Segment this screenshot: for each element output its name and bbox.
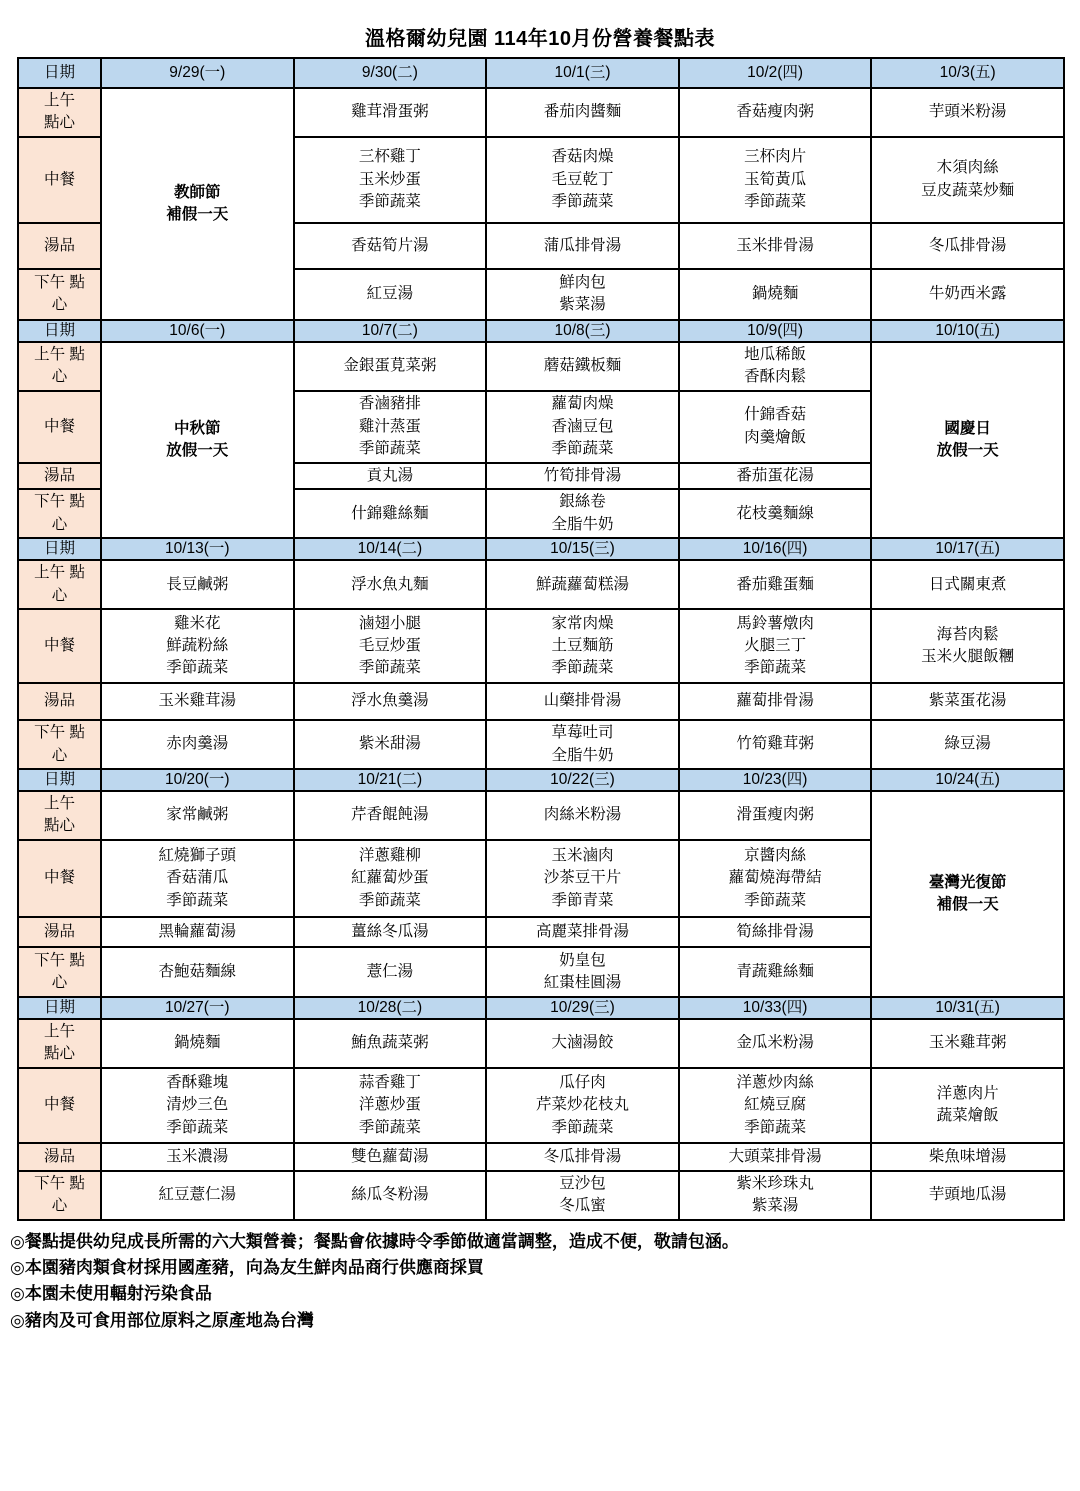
note-line: ◎本園未使用輻射污染食品 [10,1281,1080,1307]
menu-cell: 草莓吐司 全脂牛奶 [486,720,679,769]
row-label-soup: 湯品 [18,683,101,720]
menu-cell: 什錦雞絲麵 [294,489,487,538]
footer-notes: ◎餐點提供幼兒成長所需的六大類營養；餐點會依據時令季節做適當調整，造成不便，敬請… [10,1229,1080,1334]
week-3-row-lunch: 中餐雞米花 鮮蔬粉絲 季節蔬菜滷翅小腿 毛豆炒蛋 季節蔬菜家常肉燥 土豆麵筋 季… [18,609,1064,683]
week-2-date-row: 日期10/6(一)10/7(二)10/8(三)10/9(四)10/10(五) [18,320,1064,342]
menu-table-body: 日期9/29(一)9/30(二)10/1(三)10/2(四)10/3(五)上午 … [18,58,1064,1220]
menu-cell: 銀絲卷 全脂牛奶 [486,489,679,538]
row-label-pm: 下午 點 心 [18,1171,101,1220]
row-label-pm: 下午 點 心 [18,947,101,997]
holiday-cell: 教師節 補假一天 [101,88,294,320]
holiday-cell: 臺灣光復節 補假一天 [871,791,1064,997]
week-4-date-row: 日期10/20(一)10/21(二)10/22(三)10/23(四)10/24(… [18,769,1064,791]
menu-cell: 紫米珍珠丸 紫菜湯 [679,1171,872,1220]
week-5-date-row: 日期10/27(一)10/28(二)10/29(三)10/33(四)10/31(… [18,997,1064,1019]
menu-cell: 地瓜稀飯 香酥肉鬆 [679,342,872,391]
date-header-label: 日期 [18,997,101,1019]
menu-cell: 香酥雞塊 清炒三色 季節蔬菜 [101,1068,294,1143]
menu-cell: 玉米雞茸粥 [871,1019,1064,1068]
menu-cell: 番茄蛋花湯 [679,463,872,489]
row-label-am: 上午 點 心 [18,342,101,391]
menu-cell: 金銀蛋莧菜粥 [294,342,487,391]
menu-cell: 蒜香雞丁 洋蔥炒蛋 季節蔬菜 [294,1068,487,1143]
menu-cell: 香菇筍片湯 [294,223,487,269]
menu-cell: 洋蔥炒肉絲 紅燒豆腐 季節蔬菜 [679,1068,872,1143]
week-5-row-soup: 湯品玉米濃湯雙色蘿蔔湯冬瓜排骨湯大頭菜排骨湯柴魚味增湯 [18,1143,1064,1171]
menu-cell: 香菇肉燥 毛豆乾丁 季節蔬菜 [486,137,679,223]
row-label-lunch: 中餐 [18,1068,101,1143]
menu-cell: 奶皇包 紅棗桂圓湯 [486,947,679,997]
menu-cell: 紅燒獅子頭 香菇蒲瓜 季節蔬菜 [101,840,294,917]
menu-cell: 木須肉絲 豆皮蔬菜炒麵 [871,137,1064,223]
menu-cell: 芋頭地瓜湯 [871,1171,1064,1220]
menu-cell: 綠豆湯 [871,720,1064,769]
menu-cell: 洋蔥雞柳 紅蘿蔔炒蛋 季節蔬菜 [294,840,487,917]
menu-cell: 竹筍雞茸粥 [679,720,872,769]
week-5-row-lunch: 中餐香酥雞塊 清炒三色 季節蔬菜蒜香雞丁 洋蔥炒蛋 季節蔬菜瓜仔肉 芹菜炒花枝丸… [18,1068,1064,1143]
menu-cell: 雞茸滑蛋粥 [294,88,487,137]
week-3-row-soup: 湯品玉米雞茸湯浮水魚羹湯山藥排骨湯蘿蔔排骨湯紫菜蛋花湯 [18,683,1064,720]
menu-cell: 蘑菇鐵板麵 [486,342,679,391]
menu-cell: 洋蔥肉片 蔬菜燴飯 [871,1068,1064,1143]
date-cell: 10/9(四) [679,320,872,342]
menu-cell: 冬瓜排骨湯 [486,1143,679,1171]
menu-cell: 滑蛋瘦肉粥 [679,791,872,840]
week-3-date-row: 日期10/13(一)10/14(二)10/15(三)10/16(四)10/17(… [18,538,1064,560]
date-cell: 10/3(五) [871,58,1064,88]
menu-cell: 三杯肉片 玉筍黃瓜 季節蔬菜 [679,137,872,223]
menu-cell: 芋頭米粉湯 [871,88,1064,137]
row-label-pm: 下午 點 心 [18,489,101,538]
note-line: ◎餐點提供幼兒成長所需的六大類營養；餐點會依據時令季節做適當調整，造成不便，敬請… [10,1229,1080,1255]
row-label-lunch: 中餐 [18,840,101,917]
menu-cell: 日式關東煮 [871,560,1064,609]
menu-cell: 筍絲排骨湯 [679,917,872,947]
date-cell: 10/7(二) [294,320,487,342]
date-cell: 10/17(五) [871,538,1064,560]
menu-cell: 山藥排骨湯 [486,683,679,720]
date-cell: 10/29(三) [486,997,679,1019]
menu-cell: 浮水魚羹湯 [294,683,487,720]
menu-cell: 黑輪蘿蔔湯 [101,917,294,947]
menu-cell: 鮮蔬蘿蔔糕湯 [486,560,679,609]
row-label-am: 上午 點心 [18,791,101,840]
row-label-pm: 下午 點 心 [18,720,101,769]
date-cell: 10/15(三) [486,538,679,560]
date-cell: 10/31(五) [871,997,1064,1019]
menu-cell: 豆沙包 冬瓜蜜 [486,1171,679,1220]
week-1-row-am: 上午 點心教師節 補假一天雞茸滑蛋粥番茄肉醬麵香菇瘦肉粥芋頭米粉湯 [18,88,1064,137]
menu-cell: 番茄肉醬麵 [486,88,679,137]
date-cell: 10/2(四) [679,58,872,88]
menu-cell: 紅豆薏仁湯 [101,1171,294,1220]
menu-cell: 鍋燒麵 [679,269,872,320]
menu-cell: 柴魚味增湯 [871,1143,1064,1171]
row-label-am: 上午 點心 [18,1019,101,1068]
row-label-soup: 湯品 [18,463,101,489]
menu-cell: 瓜仔肉 芹菜炒花枝丸 季節蔬菜 [486,1068,679,1143]
menu-cell: 紫米甜湯 [294,720,487,769]
row-label-pm: 下午 點 心 [18,269,101,320]
menu-cell: 什錦香菇 肉羹燴飯 [679,391,872,463]
holiday-cell: 中秋節 放假一天 [101,342,294,538]
menu-cell: 竹筍排骨湯 [486,463,679,489]
date-cell: 10/13(一) [101,538,294,560]
date-cell: 10/33(四) [679,997,872,1019]
menu-cell: 花枝羹麵線 [679,489,872,538]
menu-cell: 蘿蔔肉燥 香滷豆包 季節蔬菜 [486,391,679,463]
date-cell: 10/14(二) [294,538,487,560]
menu-cell: 香菇瘦肉粥 [679,88,872,137]
date-cell: 10/21(二) [294,769,487,791]
week-1-date-row: 日期9/29(一)9/30(二)10/1(三)10/2(四)10/3(五) [18,58,1064,88]
date-cell: 9/30(二) [294,58,487,88]
date-cell: 10/6(一) [101,320,294,342]
row-label-soup: 湯品 [18,917,101,947]
date-cell: 10/1(三) [486,58,679,88]
menu-cell: 紫菜蛋花湯 [871,683,1064,720]
row-label-lunch: 中餐 [18,137,101,223]
menu-cell: 雞米花 鮮蔬粉絲 季節蔬菜 [101,609,294,683]
menu-cell: 鮮肉包 紫菜湯 [486,269,679,320]
menu-cell: 家常鹹粥 [101,791,294,840]
menu-cell: 冬瓜排骨湯 [871,223,1064,269]
row-label-lunch: 中餐 [18,391,101,463]
menu-cell: 玉米濃湯 [101,1143,294,1171]
row-label-am: 上午 點心 [18,88,101,137]
menu-cell: 牛奶西米露 [871,269,1064,320]
date-header-label: 日期 [18,320,101,342]
menu-cell: 赤肉羹湯 [101,720,294,769]
week-5-row-am: 上午 點心鍋燒麵鮪魚蔬菜粥大滷湯餃金瓜米粉湯玉米雞茸粥 [18,1019,1064,1068]
menu-cell: 大頭菜排骨湯 [679,1143,872,1171]
menu-cell: 鍋燒麵 [101,1019,294,1068]
menu-cell: 馬鈴薯燉肉 火腿三丁 季節蔬菜 [679,609,872,683]
date-cell: 10/27(一) [101,997,294,1019]
menu-cell: 高麗菜排骨湯 [486,917,679,947]
menu-cell: 薑絲冬瓜湯 [294,917,487,947]
menu-cell: 大滷湯餃 [486,1019,679,1068]
menu-cell: 玉米雞茸湯 [101,683,294,720]
week-3-row-pm: 下午 點 心赤肉羹湯紫米甜湯草莓吐司 全脂牛奶竹筍雞茸粥綠豆湯 [18,720,1064,769]
menu-table: 日期9/29(一)9/30(二)10/1(三)10/2(四)10/3(五)上午 … [17,57,1065,1221]
date-header-label: 日期 [18,769,101,791]
menu-cell: 番茄雞蛋麵 [679,560,872,609]
menu-cell: 玉米滷肉 沙茶豆干片 季節青菜 [486,840,679,917]
menu-cell: 家常肉燥 土豆麵筋 季節蔬菜 [486,609,679,683]
date-header-label: 日期 [18,58,101,88]
menu-cell: 三杯雞丁 玉米炒蛋 季節蔬菜 [294,137,487,223]
menu-cell: 鮪魚蔬菜粥 [294,1019,487,1068]
menu-cell: 薏仁湯 [294,947,487,997]
date-cell: 10/16(四) [679,538,872,560]
date-cell: 10/23(四) [679,769,872,791]
date-cell: 10/28(二) [294,997,487,1019]
menu-cell: 杏鮑菇麵線 [101,947,294,997]
menu-cell: 金瓜米粉湯 [679,1019,872,1068]
week-3-row-am: 上午 點 心長豆鹹粥浮水魚丸麵鮮蔬蘿蔔糕湯番茄雞蛋麵日式關東煮 [18,560,1064,609]
week-2-row-am: 上午 點 心中秋節 放假一天金銀蛋莧菜粥蘑菇鐵板麵地瓜稀飯 香酥肉鬆國慶日 放假… [18,342,1064,391]
menu-cell: 海苔肉鬆 玉米火腿飯糰 [871,609,1064,683]
menu-cell: 芹香餛飩湯 [294,791,487,840]
menu-cell: 貢丸湯 [294,463,487,489]
date-cell: 10/24(五) [871,769,1064,791]
menu-cell: 青蔬雞絲麵 [679,947,872,997]
note-line: ◎本園豬肉類食材採用國產豬，向為友生鮮肉品商行供應商採買 [10,1255,1080,1281]
menu-cell: 玉米排骨湯 [679,223,872,269]
date-cell: 10/8(三) [486,320,679,342]
week-5-row-pm: 下午 點 心紅豆薏仁湯絲瓜冬粉湯豆沙包 冬瓜蜜紫米珍珠丸 紫菜湯芋頭地瓜湯 [18,1171,1064,1220]
menu-cell: 紅豆湯 [294,269,487,320]
date-cell: 9/29(一) [101,58,294,88]
menu-cell: 香滷豬排 雞汁蒸蛋 季節蔬菜 [294,391,487,463]
menu-cell: 長豆鹹粥 [101,560,294,609]
date-cell: 10/20(一) [101,769,294,791]
note-line: ◎豬肉及可食用部位原料之原產地為台灣 [10,1308,1080,1334]
menu-cell: 雙色蘿蔔湯 [294,1143,487,1171]
date-cell: 10/22(三) [486,769,679,791]
menu-cell: 京醬肉絲 蘿蔔燒海帶結 季節蔬菜 [679,840,872,917]
menu-cell: 蒲瓜排骨湯 [486,223,679,269]
row-label-soup: 湯品 [18,223,101,269]
week-4-row-am: 上午 點心家常鹹粥芹香餛飩湯肉絲米粉湯滑蛋瘦肉粥臺灣光復節 補假一天 [18,791,1064,840]
menu-cell: 絲瓜冬粉湯 [294,1171,487,1220]
row-label-am: 上午 點 心 [18,560,101,609]
holiday-cell: 國慶日 放假一天 [871,342,1064,538]
menu-cell: 肉絲米粉湯 [486,791,679,840]
menu-cell: 蘿蔔排骨湯 [679,683,872,720]
date-header-label: 日期 [18,538,101,560]
page-title: 溫格爾幼兒園 114年10月份營養餐點表 [0,22,1080,51]
menu-cell: 滷翅小腿 毛豆炒蛋 季節蔬菜 [294,609,487,683]
row-label-lunch: 中餐 [18,609,101,683]
menu-cell: 浮水魚丸麵 [294,560,487,609]
row-label-soup: 湯品 [18,1143,101,1171]
date-cell: 10/10(五) [871,320,1064,342]
